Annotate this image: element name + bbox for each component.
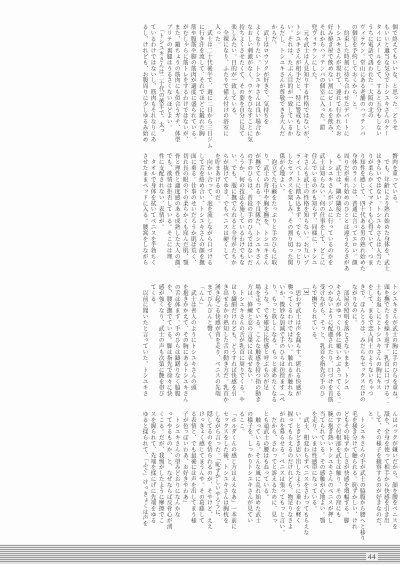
text-column: それからハッテンバの個室に入った。鎧 (318, 24, 326, 148)
text-column: 元々武士は人見知りする性格ではないが、 (301, 24, 309, 148)
footer-stripes-decoration (0, 544, 400, 564)
stripe-line (0, 547, 400, 548)
text-column: 面に乗る。仕事のせいだろうか肌は荒く、 (189, 153, 197, 272)
page-number: 44 (366, 553, 378, 561)
text-column: り、武士の背中や胸を撫を、トシユキさん (261, 153, 269, 272)
text-column: き出せるかの熟知した舌の動き方だ。乳首から (221, 284, 229, 403)
text-column: ながりなのに。 (350, 284, 358, 403)
text-column: る表情と、でも最後には声を出してまう様 (189, 411, 197, 540)
text-column: 腕に抱き熱いトシユキさんのペニスが押し (326, 411, 334, 540)
text-column: 思わず武士は声を漏らす。堪れる快感が (293, 284, 301, 403)
text-column: を抱きかかえて、その胸にあるトシユキさん (181, 284, 189, 403)
text-column: 頭を撫でたりを繰り返す。乳首に口づける。武 (382, 284, 390, 403)
text-column: 「ホルダくんの感じ方はええなあ」一本前に (229, 411, 237, 540)
text-column: でも、年齢により熟れ始めた身体を、武士 (382, 153, 390, 272)
text-column: 係が心地よい。 (277, 153, 285, 272)
text-column: らで撫でられている。 (309, 284, 317, 403)
text-column: ライベートに踏み込まず、でも、ねっとり (293, 153, 301, 272)
text-column: 以前に聞いたと言っていた、トシユキさ (141, 284, 149, 403)
text-column: はきらいではない。トシユキさんは人当た (374, 153, 382, 272)
text-column: 武士は知らない。何の仕事をして、どこに (318, 153, 326, 272)
text-column: 受けながら、そっと、乳首を指先の手のひ (318, 284, 326, 403)
text-column: からだ。 (269, 24, 277, 148)
text-column: が撫でてくれる。不良隊だ、トシユキさん (253, 153, 261, 272)
text-column: ゆると揉られて、「ふぐ」けっきょくは声を (141, 411, 149, 540)
text-column: つかないように配慮されたり、口づけを首筋に (326, 284, 334, 403)
text-column: の個室を予約しておくから、と。 (350, 24, 358, 148)
text-column: ろうか、何の技法を施しているわけでもな (237, 153, 245, 272)
text-column: 周りだが垂れ始めのひととは違うえろさがあ (342, 153, 350, 272)
text-column: がむしゃらに筋トレをするわけではないが、 (181, 24, 189, 148)
stripe-line (0, 557, 400, 558)
text-column: 場を走っている。こんな触感を持つ指の動き (253, 284, 261, 403)
text-column: キさんがゆっくり体に覆いかぶさってくる。背が (334, 284, 342, 403)
text-column: トシユキさんがジムに行っているのかを (326, 153, 334, 272)
text-column: 骨と理性と適度感のある成熟した大人の顔。 (173, 153, 181, 272)
text-column: けっきょく感じてまうんや。その葛藤して (197, 411, 205, 540)
text-column: 子が色っぽいわあ、お好きやわあ」 (181, 411, 189, 540)
text-column: ってやるものか、と、なぜならば反骨心が湧 (165, 411, 173, 540)
text-column: 武士は善人のようにトシユキさんの頭 (189, 284, 197, 403)
text-column: どもその恥ずかしさが快感を増幅する。脚 (342, 411, 350, 540)
text-column: りが柔らかくてマナーも心得ていて、つま (366, 153, 374, 272)
text-column: らだし、トシユキさんが尊敬できる大人だ (277, 24, 285, 148)
text-column: 住んでいるのかも知らず、同様に、トシユ (309, 153, 317, 272)
stripe-line (0, 559, 400, 560)
text-column: い。ときどき思い出したように乗わを軽く (293, 411, 301, 540)
text-column: 「トシユキさんは二十代の後半で、太っ (157, 24, 165, 148)
text-column: 武士はロウソクが好きで、気持ちを (261, 24, 269, 148)
stripe-line (0, 555, 400, 556)
text-column: なおしい刺激がなく、ウケをひなすことに気 (245, 24, 253, 148)
text-tier-1: 個で終えてもいいな、と思った。どうせもいいと適当な気分でトシユキさんのケータイに… (22, 24, 398, 148)
text-column: 士もお返しにとトシユキさんの胸にキス (374, 284, 382, 403)
text-tier-3: トシユキさんが武士の胸に手のひらを重ね、頭を撫でたりを繰り返す。乳首に口づける。… (22, 284, 398, 403)
text-column: よくなりたい。トシユキさんは良い場合か (253, 24, 261, 148)
text-column: 舐を、全身を使って相手から快感を引き出 (382, 411, 390, 540)
text-column: セックスをした後、トシユキさんは胸枕を (221, 411, 229, 540)
text-column: を貯まあげるのだ。 (213, 153, 221, 272)
text-column: プリテの裏腿はうるさくないほどよい。 (165, 24, 173, 148)
text-column: はり繊細だけれども、どうすれば快感を引 (229, 284, 237, 403)
text-column: 触っている。そんな風に乱れ始めた武士 (253, 411, 261, 540)
text-column: 泡立てた石鹸をたっぷりと手のひらに取 (269, 153, 277, 272)
text-column: 好み焼き屋で飲めない割にビールを飲み、 (326, 24, 334, 148)
text-column: トシユキさんが武士の胸に手のひらを重ね、 (390, 284, 398, 403)
text-column: トシユキさんが現れて、連れて行かれたお (334, 24, 342, 148)
text-column: ［3］ (301, 284, 309, 403)
text-column: 向かい合って、泡を流しながら口づける (205, 153, 213, 272)
text-column: もいいと適当な気分でトシユキさんのケー (382, 24, 390, 148)
text-column: を、腰を撫でている。脚は指先で徐々に快 (165, 284, 173, 403)
stripe-line (0, 553, 400, 554)
text-column: しながら言った。「恥ずかしいやろうに、 (213, 411, 221, 540)
text-column: キさんも武士の性格を知らない。お互いプ (301, 153, 309, 272)
text-column: させたままベッドに入る。腰窩をしながら (141, 153, 149, 272)
text-column: トシユキさんの手が武士の脇腹から腰へと移り、 (358, 411, 366, 540)
text-column: だから、さわってと訴えるために、見っ (269, 411, 277, 540)
text-column: 隠してるのを悟られるのが、そやけど、ええ (205, 411, 213, 540)
text-column: ような、でも確実に快感と呼ぶものが足 (261, 284, 269, 403)
text-column: の様子を、しっかりトシユキさんが見てい (245, 411, 253, 540)
text-column: スを握られて、先端を揉にげに先端をゆる (149, 411, 157, 540)
text-column: くこる。だが、我慢がしたように摩擦でこ (157, 411, 165, 540)
text-column: 感が強くなり、武士の声も次第に艶を帯び (157, 284, 165, 403)
stripe-line (0, 561, 400, 562)
text-column: り知性を感じて、四十代ある男の熟れ始めた (358, 153, 366, 272)
text-column: トシユキさんの舌が乳首に周りでくる。や (237, 284, 245, 403)
text-column: いか、微妙な加減で手のひらは彷徨ます（ぺ (277, 284, 285, 403)
text-column: のすぐ付根部を武士は触り、その窪にも (334, 411, 342, 540)
text-column: 個で終えてもいいな、と思った。どうせ (390, 24, 398, 148)
text-column: 身体のラインは、普通に言ってエロい。顔 (350, 153, 358, 272)
text-column: 「んん」 (197, 284, 205, 403)
text-column: と。 (366, 411, 374, 540)
text-column: でも、欲情は拒否している。そこには理 (165, 153, 173, 272)
text-column: をして、まるで恋人同士のようないちゃつ (366, 284, 374, 403)
text-column: らが抜けてゆき、でもペニスは硬くして (221, 153, 229, 272)
text-column: 切れ長の眼の下の柔らかくも窪んだ肌、顎 (181, 153, 189, 272)
text-column: を走り、いまは性感帯になっている。 (309, 411, 317, 540)
text-column: るここ。 (237, 411, 245, 540)
text-column: の手のひらは、普段の手のひらではないだ (245, 153, 253, 272)
stripe-line (0, 551, 400, 552)
text-column: い。でも、服に撫でられると全身がたちか (229, 153, 237, 272)
text-column: ているわけではないし、筋肉もそれなりにあ (149, 24, 157, 148)
text-column: 贅肉を重っている。 (390, 153, 398, 272)
text-column: タオルで身体を拭いてペニスを半勃ちく (149, 153, 157, 272)
text-column: い。それは、たぶん目的が一致しているか (285, 24, 293, 148)
text-column: 湧き起こる快感が背を走り、ペニスの先端 (213, 284, 221, 403)
text-column: 全裸になり、ふたりで備え付けの浴室に (221, 24, 229, 148)
text-column: して舌を絡め合い、トシユキさんの顔を撫 (197, 153, 205, 272)
text-column: トシユキさんが相手だと、特に警戒もしな (293, 24, 301, 148)
text-column: また、鍛ちょうの筋肉にも似合うガチ、体型 (173, 24, 181, 148)
text-column: 部屋の照明を落とさないまま、トシユ (342, 284, 350, 403)
text-column: てくる。 (149, 284, 157, 403)
text-column: 武士は二十代後半で、週に二日から三日ジム (205, 24, 213, 148)
text-column: 性に支配されない、表情が。 (157, 153, 165, 272)
text-column: とも頑武士の腰はもねっている。 (261, 411, 269, 540)
text-column: 握ってもらえるのだけれども、物足りなさよ (285, 411, 293, 540)
text-column: したセックスを楽しみ、その割り切った関 (285, 153, 293, 272)
text-column: して、その様子を観察するのが好きなのだ、 (374, 411, 382, 540)
text-column: る。武士は、隣の隣接た。 (334, 153, 342, 272)
text-column: がれを募らせる。ペニスは張ってもっと言い。 (277, 411, 285, 540)
text-column: 兜ヴィラウンにした。 (309, 24, 317, 148)
text-column: 当てられている。その感触が心地よい。顎 (318, 411, 326, 540)
text-column: 襲ってくるわけではない。触れるか触れな (285, 284, 293, 403)
text-column: 毛を掻き分けて触られる。恥ずかしい、けれ (350, 411, 358, 540)
text-column: 入った。 (213, 24, 221, 148)
text-column: 筋や腹筋や脚の筋肉が適度に盛られている。 (189, 24, 197, 148)
text-column: んはバックが嫌いだから、顔を腰をペニスを (390, 411, 398, 540)
text-column: 楽しみたい。目的が一致している。 (229, 24, 237, 148)
text-column: に行き汗を流して、それでほどに鍛れた胸 (197, 24, 205, 148)
text-column: り、もっと欲しくなる。もっと求めたくなる (269, 284, 277, 403)
text-column: トシユキさんの望みどおりになんかな (173, 411, 181, 540)
novel-page: 個で終えてもいいな、と思った。どうせもいいと適当な気分でトシユキさんのケータイに… (0, 0, 400, 566)
text-column: タイにメールをして、すると五分もしない (374, 24, 382, 148)
text-column: ヴィラウン。堂山にある老舗のハッテンバ (358, 24, 366, 148)
text-column: 方は、修練と忍の言葉には表せない。 (245, 284, 253, 403)
text-column: 武士、相変わらずペニスをさわってもらえな (301, 411, 309, 540)
text-tier-4: んはバックが嫌いだから、顔を腰をペニスを舐を、全身を使って相手から快感を引き出し… (22, 411, 398, 540)
text-column: きで、ほんとうは、みだらなセックスだけのつ (358, 284, 366, 403)
stripe-line (0, 549, 400, 550)
stripe-line (0, 545, 400, 546)
text-column: 約束した時刻に待ち合わせたデパートに (342, 24, 350, 148)
text-tier-2: 贅肉を重っている。 でも、年齢により熟れ始めた身体を、武士はきらいではない。トシ… (22, 153, 398, 272)
text-column: 持ちよくさせたくて、その姿を自分に見て (237, 24, 245, 148)
text-column: までびんびんと響く。 (205, 284, 213, 403)
text-column: うちに電話で誘われた。大阪の北の (366, 24, 374, 148)
text-column: るし、けれども、お腹周りに少しゆるみ始め (141, 24, 149, 148)
text-column: の舌は体ます。手のひらは躊躇りなく脇腹 (173, 284, 181, 403)
